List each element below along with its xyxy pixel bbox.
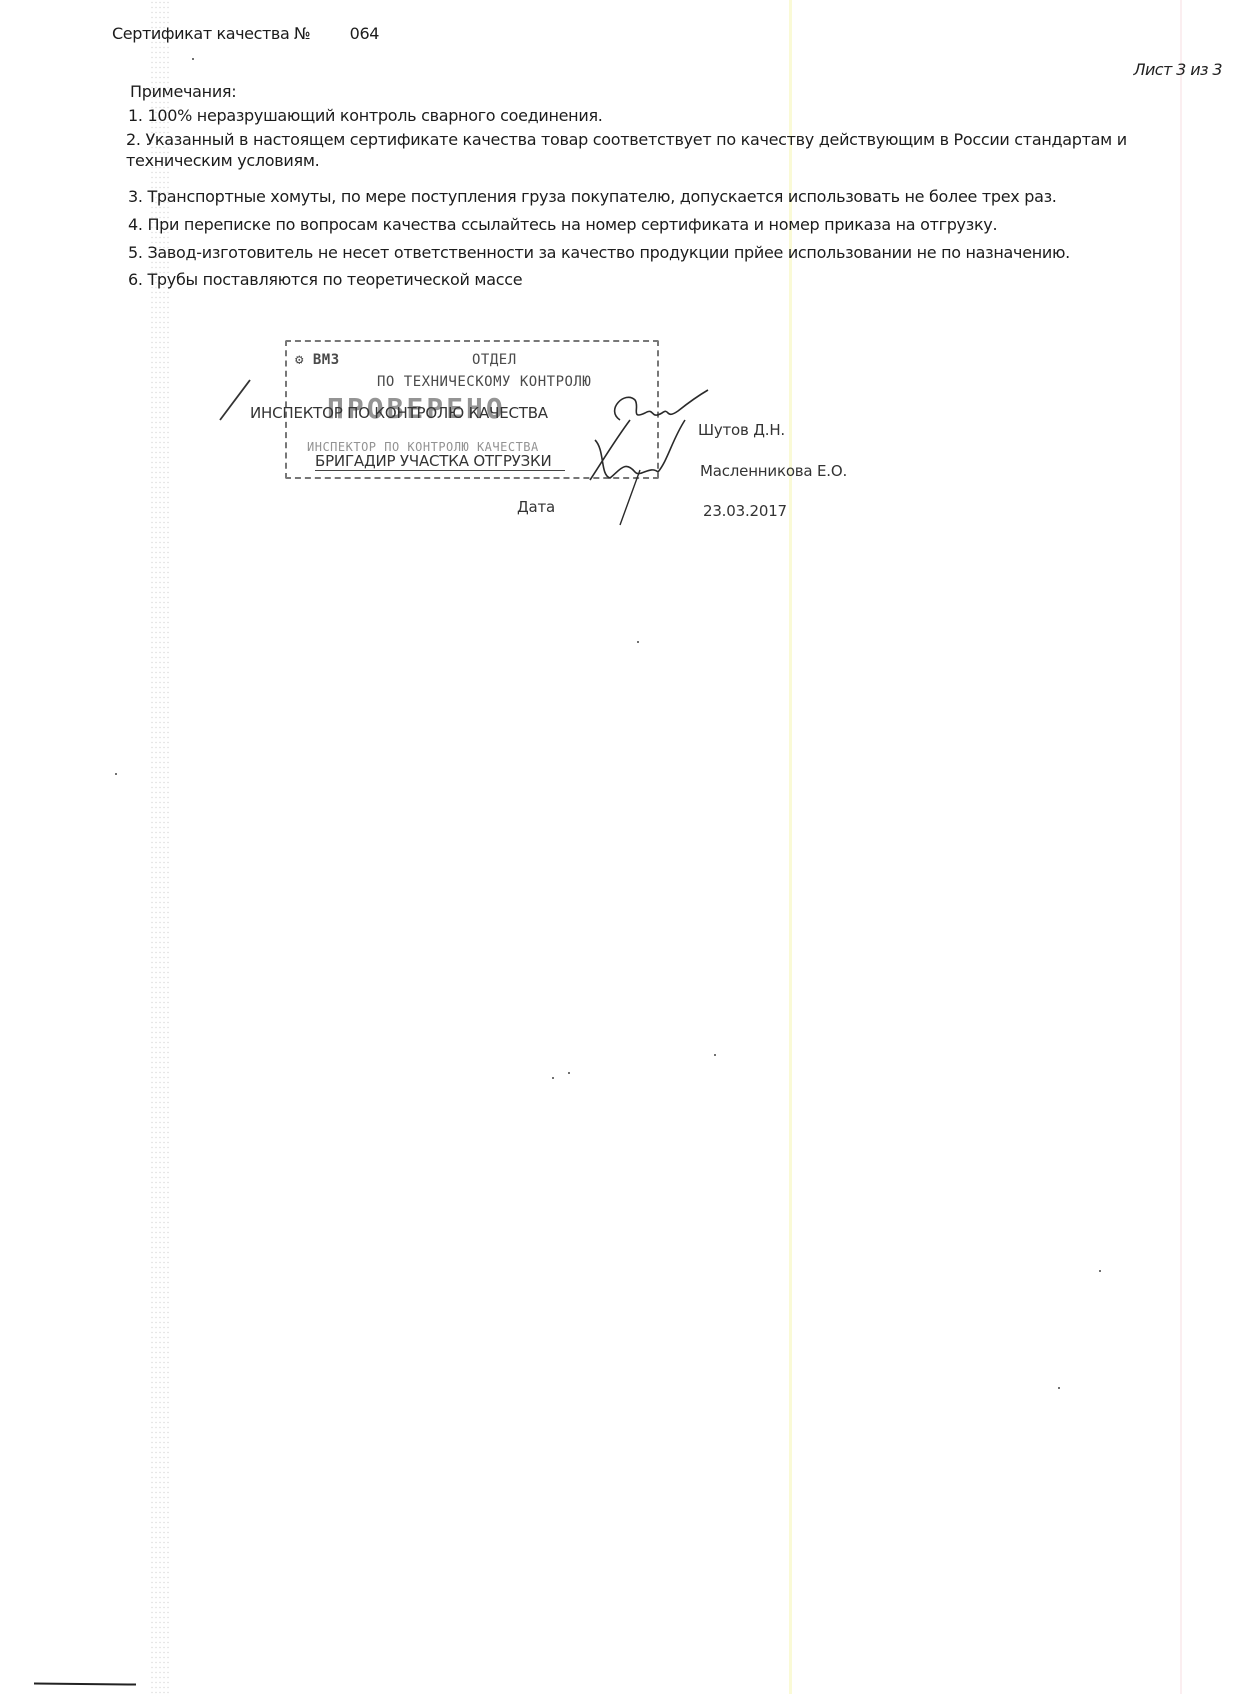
note-item: 3. Транспортные хомуты, по мере поступле… bbox=[128, 187, 1057, 206]
notes-title: Примечания: bbox=[130, 82, 236, 101]
signature-mark-icon bbox=[215, 375, 265, 425]
signature-underline bbox=[315, 470, 565, 471]
scan-artifact-line bbox=[1180, 0, 1182, 1694]
certificate-header: Сертификат качества № 064 bbox=[112, 24, 379, 43]
stamp-logo: ⚙ ВМЗ bbox=[295, 352, 340, 368]
factory-logo-icon: ⚙ bbox=[295, 352, 304, 368]
scan-dust bbox=[192, 58, 194, 60]
date-value: 23.03.2017 bbox=[703, 502, 787, 520]
scan-dust bbox=[115, 773, 117, 775]
stamp-line: ПО ТЕХНИЧЕСКОМУ КОНТРОЛЮ bbox=[377, 374, 591, 390]
note-item: 2. Указанный в настоящем сертификате кач… bbox=[126, 130, 1127, 149]
date-label: Дата bbox=[517, 498, 555, 516]
note-item: 5. Завод-изготовитель не несет ответстве… bbox=[128, 243, 1070, 262]
scan-dust bbox=[568, 1072, 570, 1074]
scan-dust bbox=[1099, 1270, 1101, 1272]
certificate-label: Сертификат качества № bbox=[112, 24, 310, 43]
note-item: 1. 100% неразрушающий контроль сварного … bbox=[128, 106, 603, 125]
inspector-name: Шутов Д.Н. bbox=[698, 421, 785, 439]
stamp-line: ОТДЕЛ bbox=[472, 352, 517, 368]
scan-dust bbox=[714, 1054, 716, 1056]
scan-dust bbox=[552, 1077, 554, 1079]
scan-dust bbox=[1058, 1387, 1060, 1389]
certificate-number: 064 bbox=[350, 24, 379, 43]
note-item-continuation: техническим условиям. bbox=[126, 151, 319, 170]
note-item: 4. При переписке по вопросам качества сс… bbox=[128, 215, 997, 234]
foreman-name: Масленникова Е.О. bbox=[700, 462, 847, 480]
sheet-indicator: Лист 3 из 3 bbox=[1134, 60, 1222, 79]
inspector-label: ИНСПЕКТОР ПО КОНТРОЛЮ КАЧЕСТВА bbox=[250, 404, 548, 422]
foreman-label: БРИГАДИР УЧАСТКА ОТГРУЗКИ bbox=[315, 452, 552, 470]
note-item: 6. Трубы поставляются по теоретической м… bbox=[128, 270, 522, 289]
foreman-signature-icon bbox=[580, 400, 700, 530]
scan-edge-line bbox=[34, 1682, 136, 1685]
scan-dust bbox=[637, 641, 639, 643]
